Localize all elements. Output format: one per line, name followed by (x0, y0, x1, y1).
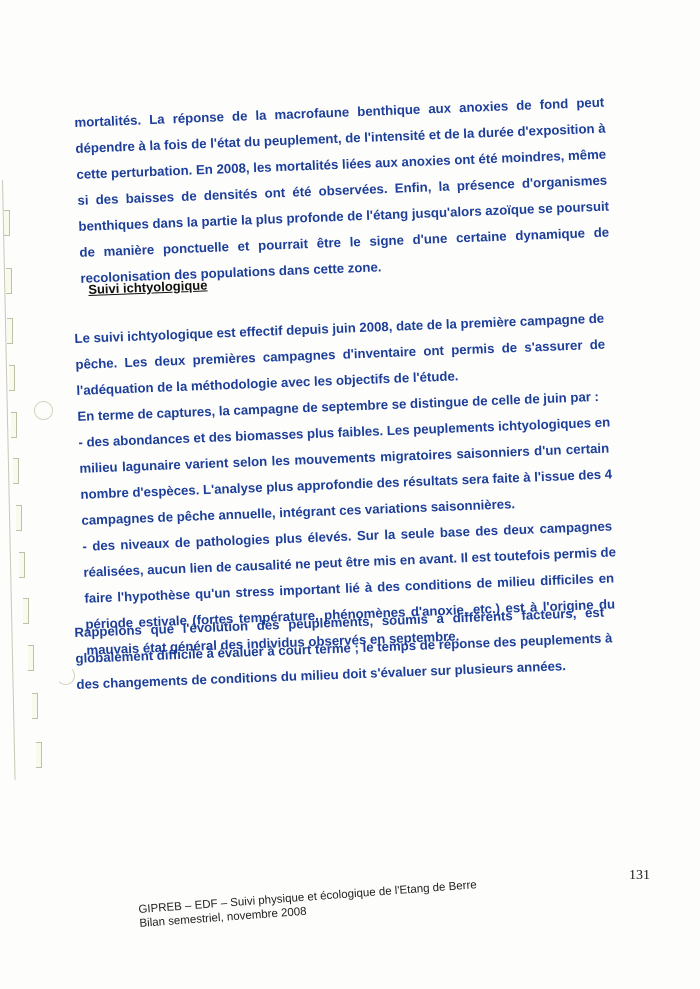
binder-mark (36, 742, 42, 768)
binder-mark (16, 505, 22, 531)
page-number: 131 (629, 868, 650, 884)
binder-mark (32, 693, 38, 719)
binder-mark (28, 645, 34, 671)
footer: GIPREB – EDF – Suivi physique et écologi… (138, 878, 478, 931)
binder-mark (7, 318, 13, 344)
binder-mark (11, 412, 17, 438)
section-heading: Suivi ichtyologique (88, 277, 208, 297)
binder-mark (13, 458, 19, 484)
binder-mark (6, 268, 12, 294)
binder-mark (4, 210, 10, 236)
punch-hole (56, 666, 75, 685)
binder-mark (9, 365, 15, 391)
scanned-page: mortalités. La réponse de la macrofaune … (0, 0, 700, 989)
binder-mark (23, 598, 29, 624)
paragraph-benthic: mortalités. La réponse de la macrofaune … (74, 90, 611, 292)
binder-mark (19, 552, 25, 578)
punch-hole (34, 401, 53, 420)
